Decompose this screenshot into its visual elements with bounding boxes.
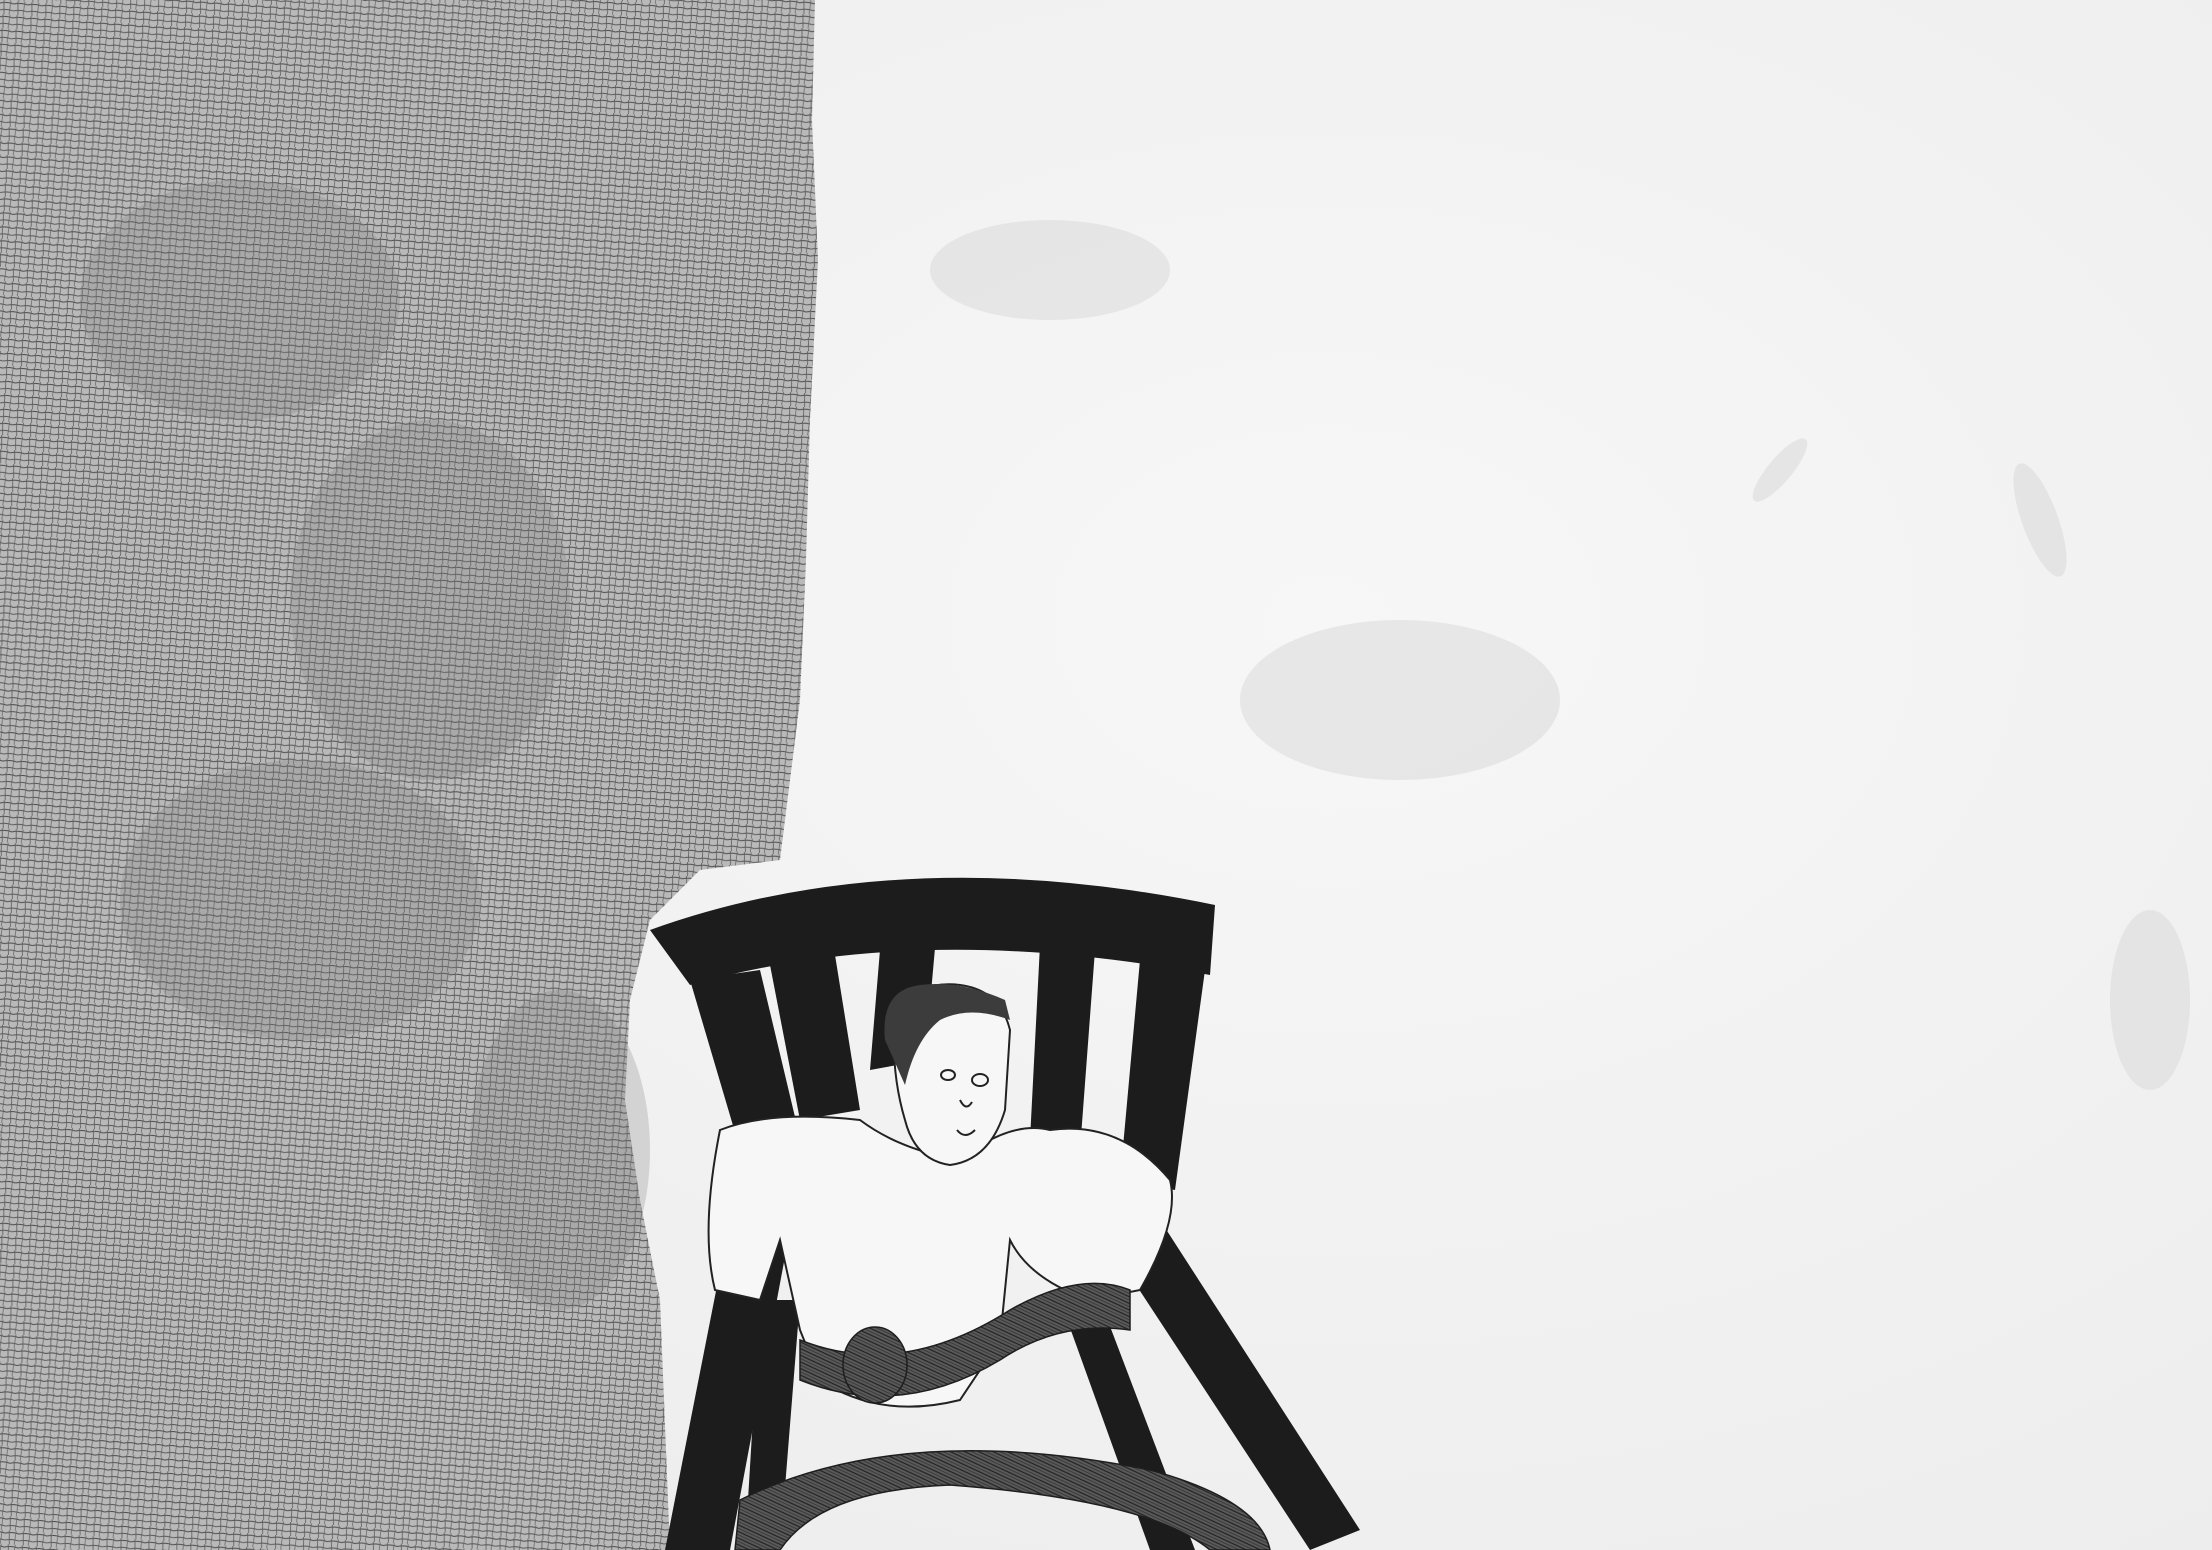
- etching-artwork: Black-and-white etching: a figure tied w…: [0, 0, 2212, 1550]
- artwork-canvas: [0, 0, 2212, 1550]
